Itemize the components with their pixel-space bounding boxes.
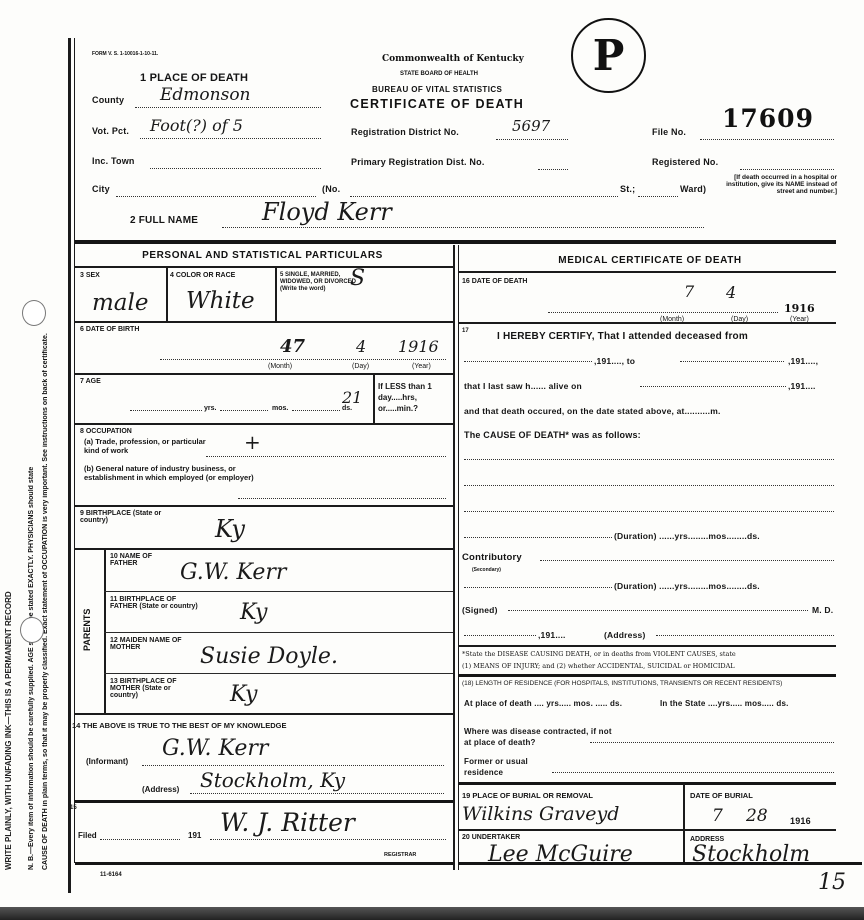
former-residence-label: Former or usual residence xyxy=(464,756,564,778)
age-mos-label: mos. xyxy=(272,405,288,412)
race-marital-divider xyxy=(275,266,277,321)
divider-residence xyxy=(458,674,836,677)
undertaker-label: 20 UNDERTAKER xyxy=(462,834,520,841)
ward-field[interactable] xyxy=(638,185,678,197)
sex-race-divider xyxy=(166,266,168,321)
signed-date-year: ,191.... xyxy=(538,630,566,640)
page-bottom-edge xyxy=(0,907,864,920)
divider-occupation xyxy=(75,423,453,425)
punch-hole-bottom xyxy=(20,617,44,643)
reg-district-value: 5697 xyxy=(512,117,550,135)
divider-mother-name xyxy=(104,632,453,633)
certify-line-1: I HEREBY CERTIFY, That I attended deceas… xyxy=(497,331,748,342)
signed-field[interactable] xyxy=(508,603,808,611)
sex-label: 3 SEX xyxy=(80,272,100,279)
mother-birthplace-label: 13 BIRTHPLACE OF MOTHER (State or countr… xyxy=(110,678,200,699)
informant-heading: 14 THE ABOVE IS TRUE TO THE BEST OF MY K… xyxy=(72,722,286,729)
contributory-duration-label: (Duration) ......yrs........mos........d… xyxy=(614,581,760,591)
certify-line-4: and that death occured, on the date stat… xyxy=(464,406,721,416)
divider-dob xyxy=(75,321,453,323)
age-days-value: 21 xyxy=(342,388,362,407)
burial-date-divider xyxy=(683,784,685,862)
age-yrs-label: yrs. xyxy=(204,405,216,412)
divider-certify xyxy=(458,322,836,324)
informant-value: G.W. Kerr xyxy=(162,736,268,761)
commonwealth-title: Commonwealth of Kentucky xyxy=(382,54,524,64)
certify-line-3a: that I last saw h...... alive on xyxy=(464,381,582,391)
full-name-label: 2 FULL NAME xyxy=(130,215,198,226)
father-birthplace-value: Ky xyxy=(240,600,267,625)
divider-parents xyxy=(75,548,453,550)
form-left-border xyxy=(68,38,71,893)
dod-field[interactable] xyxy=(548,303,778,313)
father-name-label: 10 NAME OF FATHER xyxy=(110,553,170,567)
sex-value: male xyxy=(92,290,149,316)
divider-age xyxy=(75,373,453,375)
occupation-b-label: (b) General nature of industry business,… xyxy=(84,464,254,482)
primary-reg-label: Primary Registration Dist. No. xyxy=(351,157,485,167)
dob-month: 47 xyxy=(280,336,305,357)
column-divider-2 xyxy=(458,245,459,870)
registered-no-field[interactable] xyxy=(740,158,834,170)
cause-duration-field[interactable] xyxy=(464,530,612,538)
registrar-label: REGISTRAR xyxy=(384,852,416,859)
margin-permanent-record-note: WRITE PLAINLY, WITH UNFADING INK—THIS IS… xyxy=(4,90,13,870)
signed-date-field[interactable] xyxy=(464,628,536,636)
certify-line-3b: ,191.... xyxy=(788,381,816,391)
dod-label: 16 DATE OF DEATH xyxy=(462,278,527,285)
registrar-value: W. J. Ritter xyxy=(220,808,355,837)
certify-number: 17 xyxy=(462,328,469,335)
father-birthplace-label: 11 BIRTHPLACE OF FATHER (State or countr… xyxy=(110,596,200,610)
filed-label: Filed xyxy=(78,832,97,839)
birthplace-value: Ky xyxy=(215,515,245,543)
cause-line-1[interactable] xyxy=(464,452,834,460)
primary-reg-field[interactable] xyxy=(538,158,568,170)
margin-instructions-2: CAUSE OF DEATH in plain terms, so that i… xyxy=(42,90,49,870)
race-value: White xyxy=(186,288,255,314)
state-board: STATE BOARD OF HEALTH xyxy=(400,71,478,77)
contracted-field[interactable] xyxy=(590,735,834,743)
bottom-rule-left xyxy=(75,862,453,865)
age-months-field[interactable] xyxy=(220,401,268,411)
attended-from-field[interactable] xyxy=(464,354,592,362)
occupation-b-field[interactable] xyxy=(238,491,446,499)
vot-pct-value: Foot(?) of 5 xyxy=(150,116,243,135)
contributory-label: Contributory xyxy=(462,552,522,563)
contributory-field[interactable] xyxy=(540,553,834,561)
divider-filed xyxy=(75,800,453,803)
dob-month-label: (Month) xyxy=(268,363,292,370)
filed-year: 191 xyxy=(188,832,201,839)
margin-instructions-1: N. B.—Every item of information should b… xyxy=(28,90,35,870)
dob-year: 1916 xyxy=(398,337,439,356)
burial-label: 19 PLACE OF BURIAL OR REMOVAL xyxy=(462,792,593,799)
full-name-value: Floyd Kerr xyxy=(262,198,392,226)
reg-district-label: Registration District No. xyxy=(351,127,459,137)
address-value: Stockholm, Ky xyxy=(200,768,345,792)
registered-no-label: Registered No. xyxy=(652,157,718,167)
dob-day-label: (Day) xyxy=(352,363,369,370)
residence-heading: (18) LENGTH OF RESIDENCE (FOR HOSPITALS,… xyxy=(462,680,832,688)
hospital-note: [If death occurred in a hospital or inst… xyxy=(725,174,837,195)
stamp-letter: P xyxy=(593,31,625,80)
medical-heading: MEDICAL CERTIFICATE OF DEATH xyxy=(470,255,830,266)
contributory-duration-field[interactable] xyxy=(464,580,612,588)
burial-day: 28 xyxy=(746,806,768,826)
footnote-line-1: *State the DISEASE CAUSING DEATH, or in … xyxy=(462,650,736,658)
footer-code: 11-6164 xyxy=(100,872,122,879)
age-less-divider xyxy=(373,373,375,423)
parents-label: PARENTS xyxy=(82,595,92,665)
mother-name-label: 12 MAIDEN NAME OF MOTHER xyxy=(110,637,200,651)
occupation-a-value: + xyxy=(244,430,261,454)
physician-address-label: (Address) xyxy=(604,630,645,640)
occupation-a-label: (a) Trade, profession, or particular kin… xyxy=(84,437,214,455)
age-label: 7 AGE xyxy=(80,378,101,385)
age-days-field[interactable] xyxy=(292,401,340,411)
race-label: 4 COLOR OR RACE xyxy=(170,272,235,279)
occupation-label: 8 OCCUPATION xyxy=(80,428,132,435)
certify-line-2b: ,191...., xyxy=(788,356,818,366)
certificate-title: CERTIFICATE OF DEATH xyxy=(350,97,524,111)
filed-date-field[interactable] xyxy=(100,830,180,840)
divider-mother-birthplace xyxy=(104,673,453,674)
form-left-border-inner xyxy=(74,38,75,863)
city-field[interactable] xyxy=(116,185,316,197)
attended-to-field[interactable] xyxy=(680,354,784,362)
burial-year: 1916 xyxy=(790,816,811,826)
file-number: 17609 xyxy=(722,104,814,133)
md-label: M. D. xyxy=(812,605,833,615)
age-years-field[interactable] xyxy=(130,401,202,411)
burial-month: 7 xyxy=(712,806,723,826)
divider-footnote xyxy=(458,645,836,647)
parents-divider xyxy=(104,548,106,713)
personal-heading: PERSONAL AND STATISTICAL PARTICULARS xyxy=(90,250,435,261)
county-value: Edmonson xyxy=(160,85,251,105)
in-state-label: In the State ....yrs..... mos..... ds. xyxy=(660,698,838,709)
marital-value: S xyxy=(350,266,365,291)
less-than-day-label: If LESS than 1 day.....hrs, or.....min.? xyxy=(378,381,450,414)
physician-address-field[interactable] xyxy=(656,628,834,636)
bottom-rule-right xyxy=(458,862,862,865)
inc-town-field[interactable] xyxy=(150,157,321,169)
dob-year-label: (Year) xyxy=(412,363,431,370)
secondary-label: (Secondary) xyxy=(472,567,501,574)
father-name-value: G.W. Kerr xyxy=(180,560,286,585)
street-label: St.; xyxy=(620,184,635,194)
street-field[interactable] xyxy=(350,185,618,197)
address-label: (Address) xyxy=(142,786,179,793)
former-residence-field[interactable] xyxy=(552,765,834,773)
personal-divider-head xyxy=(75,266,453,268)
dob-day: 4 xyxy=(356,337,366,356)
divider-father-birthplace xyxy=(104,591,453,592)
burial-date-label: DATE OF BURIAL xyxy=(690,792,753,799)
at-place-label: At place of death .... yrs..... mos. ...… xyxy=(464,698,654,709)
divider-burial xyxy=(458,782,836,785)
inc-town-label: Inc. Town xyxy=(92,156,135,166)
mother-birthplace-value: Ky xyxy=(230,682,257,707)
cause-line-3[interactable] xyxy=(464,504,834,512)
bureau-name: BUREAU OF VITAL STATISTICS xyxy=(372,85,502,94)
city-no-label: (No. xyxy=(322,184,340,194)
vot-pct-label: Vot. Pct. xyxy=(92,126,129,136)
occupation-a-field[interactable] xyxy=(206,449,446,457)
filed-number: 15 xyxy=(70,805,77,812)
dod-day: 4 xyxy=(726,283,736,302)
mother-name-value: Susie Doyle. xyxy=(200,644,338,669)
ward-label: Ward) xyxy=(680,184,706,194)
signed-label: (Signed) xyxy=(462,605,498,615)
column-divider xyxy=(453,245,455,870)
cause-label: The CAUSE OF DEATH* was as follows: xyxy=(464,430,641,440)
section-divider-top xyxy=(75,240,836,244)
punch-hole-top xyxy=(22,300,46,326)
divider-informant xyxy=(75,713,453,715)
cause-line-2[interactable] xyxy=(464,478,834,486)
city-label: City xyxy=(92,184,110,194)
dob-label: 6 DATE OF BIRTH xyxy=(80,326,139,333)
dod-month: 7 xyxy=(684,282,694,301)
birthplace-label: 9 BIRTHPLACE (State or country) xyxy=(80,510,170,524)
footnote-line-2: (1) MEANS OF INJURY; and (2) whether ACC… xyxy=(462,662,735,670)
form-number: FORM V. S. 1-10016-1-10-11. xyxy=(92,51,158,57)
divider-birthplace xyxy=(75,505,453,507)
county-label: County xyxy=(92,95,124,105)
informant-label: (Informant) xyxy=(86,758,128,765)
margin-annotation: 15 xyxy=(818,870,846,895)
cause-duration-label: (Duration) ......yrs........mos........d… xyxy=(614,531,760,541)
divider-undertaker xyxy=(458,829,836,831)
place-of-death-heading: 1 PLACE OF DEATH xyxy=(140,72,248,84)
burial-value: Wilkins Graveyd xyxy=(462,803,619,825)
file-no-label: File No. xyxy=(652,127,686,137)
dod-year: 1916 xyxy=(784,302,815,315)
medical-divider-head xyxy=(458,271,836,273)
last-seen-field[interactable] xyxy=(640,379,786,387)
stamp-p: P xyxy=(571,18,646,93)
certify-line-2a: ,191...., to xyxy=(594,356,635,366)
